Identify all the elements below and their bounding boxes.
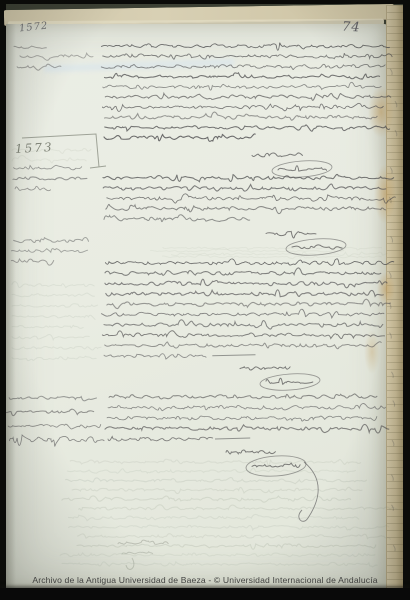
archive-caption: Archivo de la Antigua Universidad de Bae… <box>0 575 410 585</box>
paper-stain <box>364 330 380 374</box>
paper-stain <box>377 272 395 306</box>
photo-bottom-band <box>0 588 410 600</box>
manuscript-page <box>6 24 388 588</box>
folio-number: 74 <box>342 20 361 36</box>
paper-stain <box>374 164 396 224</box>
paper-stain <box>368 86 394 138</box>
margin-year-annotation: 1573 <box>15 140 54 156</box>
manuscript-photo: 1572 74 1573 Archivo de la Antigua Unive… <box>0 0 410 600</box>
gutter-shadow <box>6 24 16 588</box>
